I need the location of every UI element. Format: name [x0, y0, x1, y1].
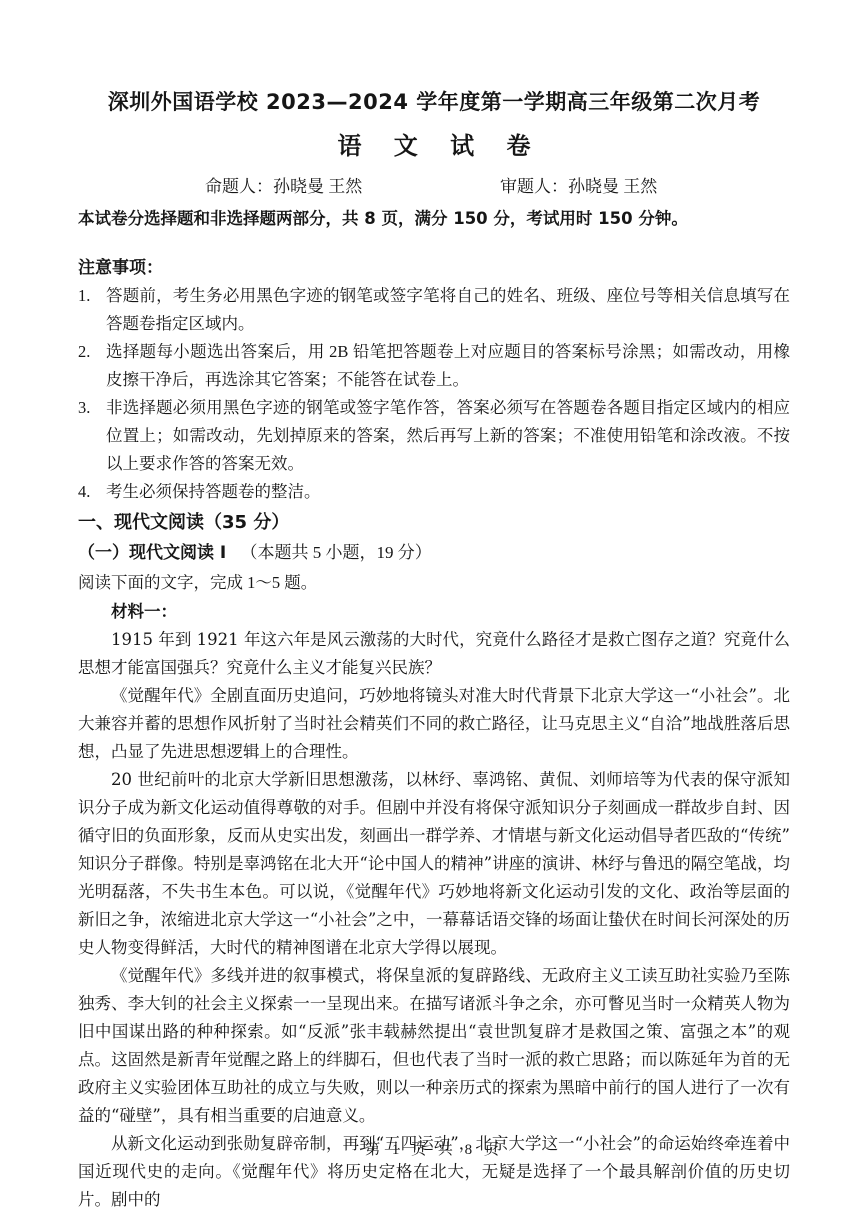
reading-instruction: 阅读下面的文字，完成 1～5 题。: [78, 568, 790, 597]
notice-number: 1.: [78, 282, 106, 338]
setter-label: 命题人：孙晓曼 王然: [205, 172, 362, 202]
subsection-note: （本题共 5 小题，19 分）: [241, 543, 432, 562]
reviewer-label: 审题人：孙晓曼 王然: [500, 172, 657, 202]
page-content: 深圳外国语学校 2023—2024 学年度第一学期高三年级第二次月考 语 文 试…: [0, 0, 868, 1214]
notice-item: 3. 非选择题必须用黑色字迹的钢笔或签字笔作答，答案必须写在答题卷各题目指定区域…: [78, 394, 790, 478]
notice-text: 选择题每小题选出答案后，用 2B 铅笔把答题卷上对应题目的答案标号涂黑；如需改动…: [106, 338, 790, 394]
notice-number: 4.: [78, 478, 106, 506]
section-heading-modern-reading: 一、现代文阅读（35 分）: [78, 508, 790, 538]
body-paragraph: 《觉醒年代》全剧直面历史追问，巧妙地将镜头对准大时代背景下北京大学这一“小社会”…: [78, 682, 790, 766]
notice-heading: 注意事项：: [78, 254, 790, 282]
notice-number: 3.: [78, 394, 106, 478]
notice-item: 2. 选择题每小题选出答案后，用 2B 铅笔把答题卷上对应题目的答案标号涂黑；如…: [78, 338, 790, 394]
notice-text: 答题前，考生务必用黑色字迹的钢笔或签字笔将自己的姓名、班级、座位号等相关信息填写…: [106, 282, 790, 338]
notice-item: 1. 答题前，考生务必用黑色字迹的钢笔或签字笔将自己的姓名、班级、座位号等相关信…: [78, 282, 790, 338]
school-title: 深圳外国语学校 2023—2024 学年度第一学期高三年级第二次月考: [78, 88, 790, 116]
notice-item: 4. 考生必须保持答题卷的整洁。: [78, 478, 790, 506]
body-paragraph: 《觉醒年代》多线并进的叙事模式，将保皇派的复辟路线、无政府主义工读互助社实验乃至…: [78, 962, 790, 1130]
subsection-title: （一）现代文阅读 I: [78, 543, 226, 563]
notice-number: 2.: [78, 338, 106, 394]
page-footer: 第 1 页 共 8 页: [0, 1138, 868, 1159]
body-paragraph: 1915 年到 1921 年这六年是风云激荡的大时代，究竟什么路径才是救亡图存之…: [78, 626, 790, 682]
notice-text: 非选择题必须用黑色字迹的钢笔或签字笔作答，答案必须写在答题卷各题目指定区域内的相…: [106, 394, 790, 478]
people-row: 命题人：孙晓曼 王然 审题人：孙晓曼 王然: [78, 172, 790, 202]
subsection-heading: （一）现代文阅读 I （本题共 5 小题，19 分）: [78, 538, 790, 568]
notice-text: 考生必须保持答题卷的整洁。: [106, 478, 790, 506]
material-one-label: 材料一：: [78, 597, 790, 626]
subject-title: 语 文 试 卷: [78, 130, 790, 162]
body-paragraph: 20 世纪前叶的北京大学新旧思想激荡，以林纾、辜鸿铭、黄侃、刘师培等为代表的保守…: [78, 766, 790, 962]
exam-info: 本试卷分选择题和非选择题两部分，共 8 页，满分 150 分，考试用时 150 …: [78, 206, 790, 232]
notice-list: 1. 答题前，考生务必用黑色字迹的钢笔或签字笔将自己的姓名、班级、座位号等相关信…: [78, 282, 790, 506]
exam-page: 深圳外国语学校 2023—2024 学年度第一学期高三年级第二次月考 语 文 试…: [0, 0, 868, 1227]
